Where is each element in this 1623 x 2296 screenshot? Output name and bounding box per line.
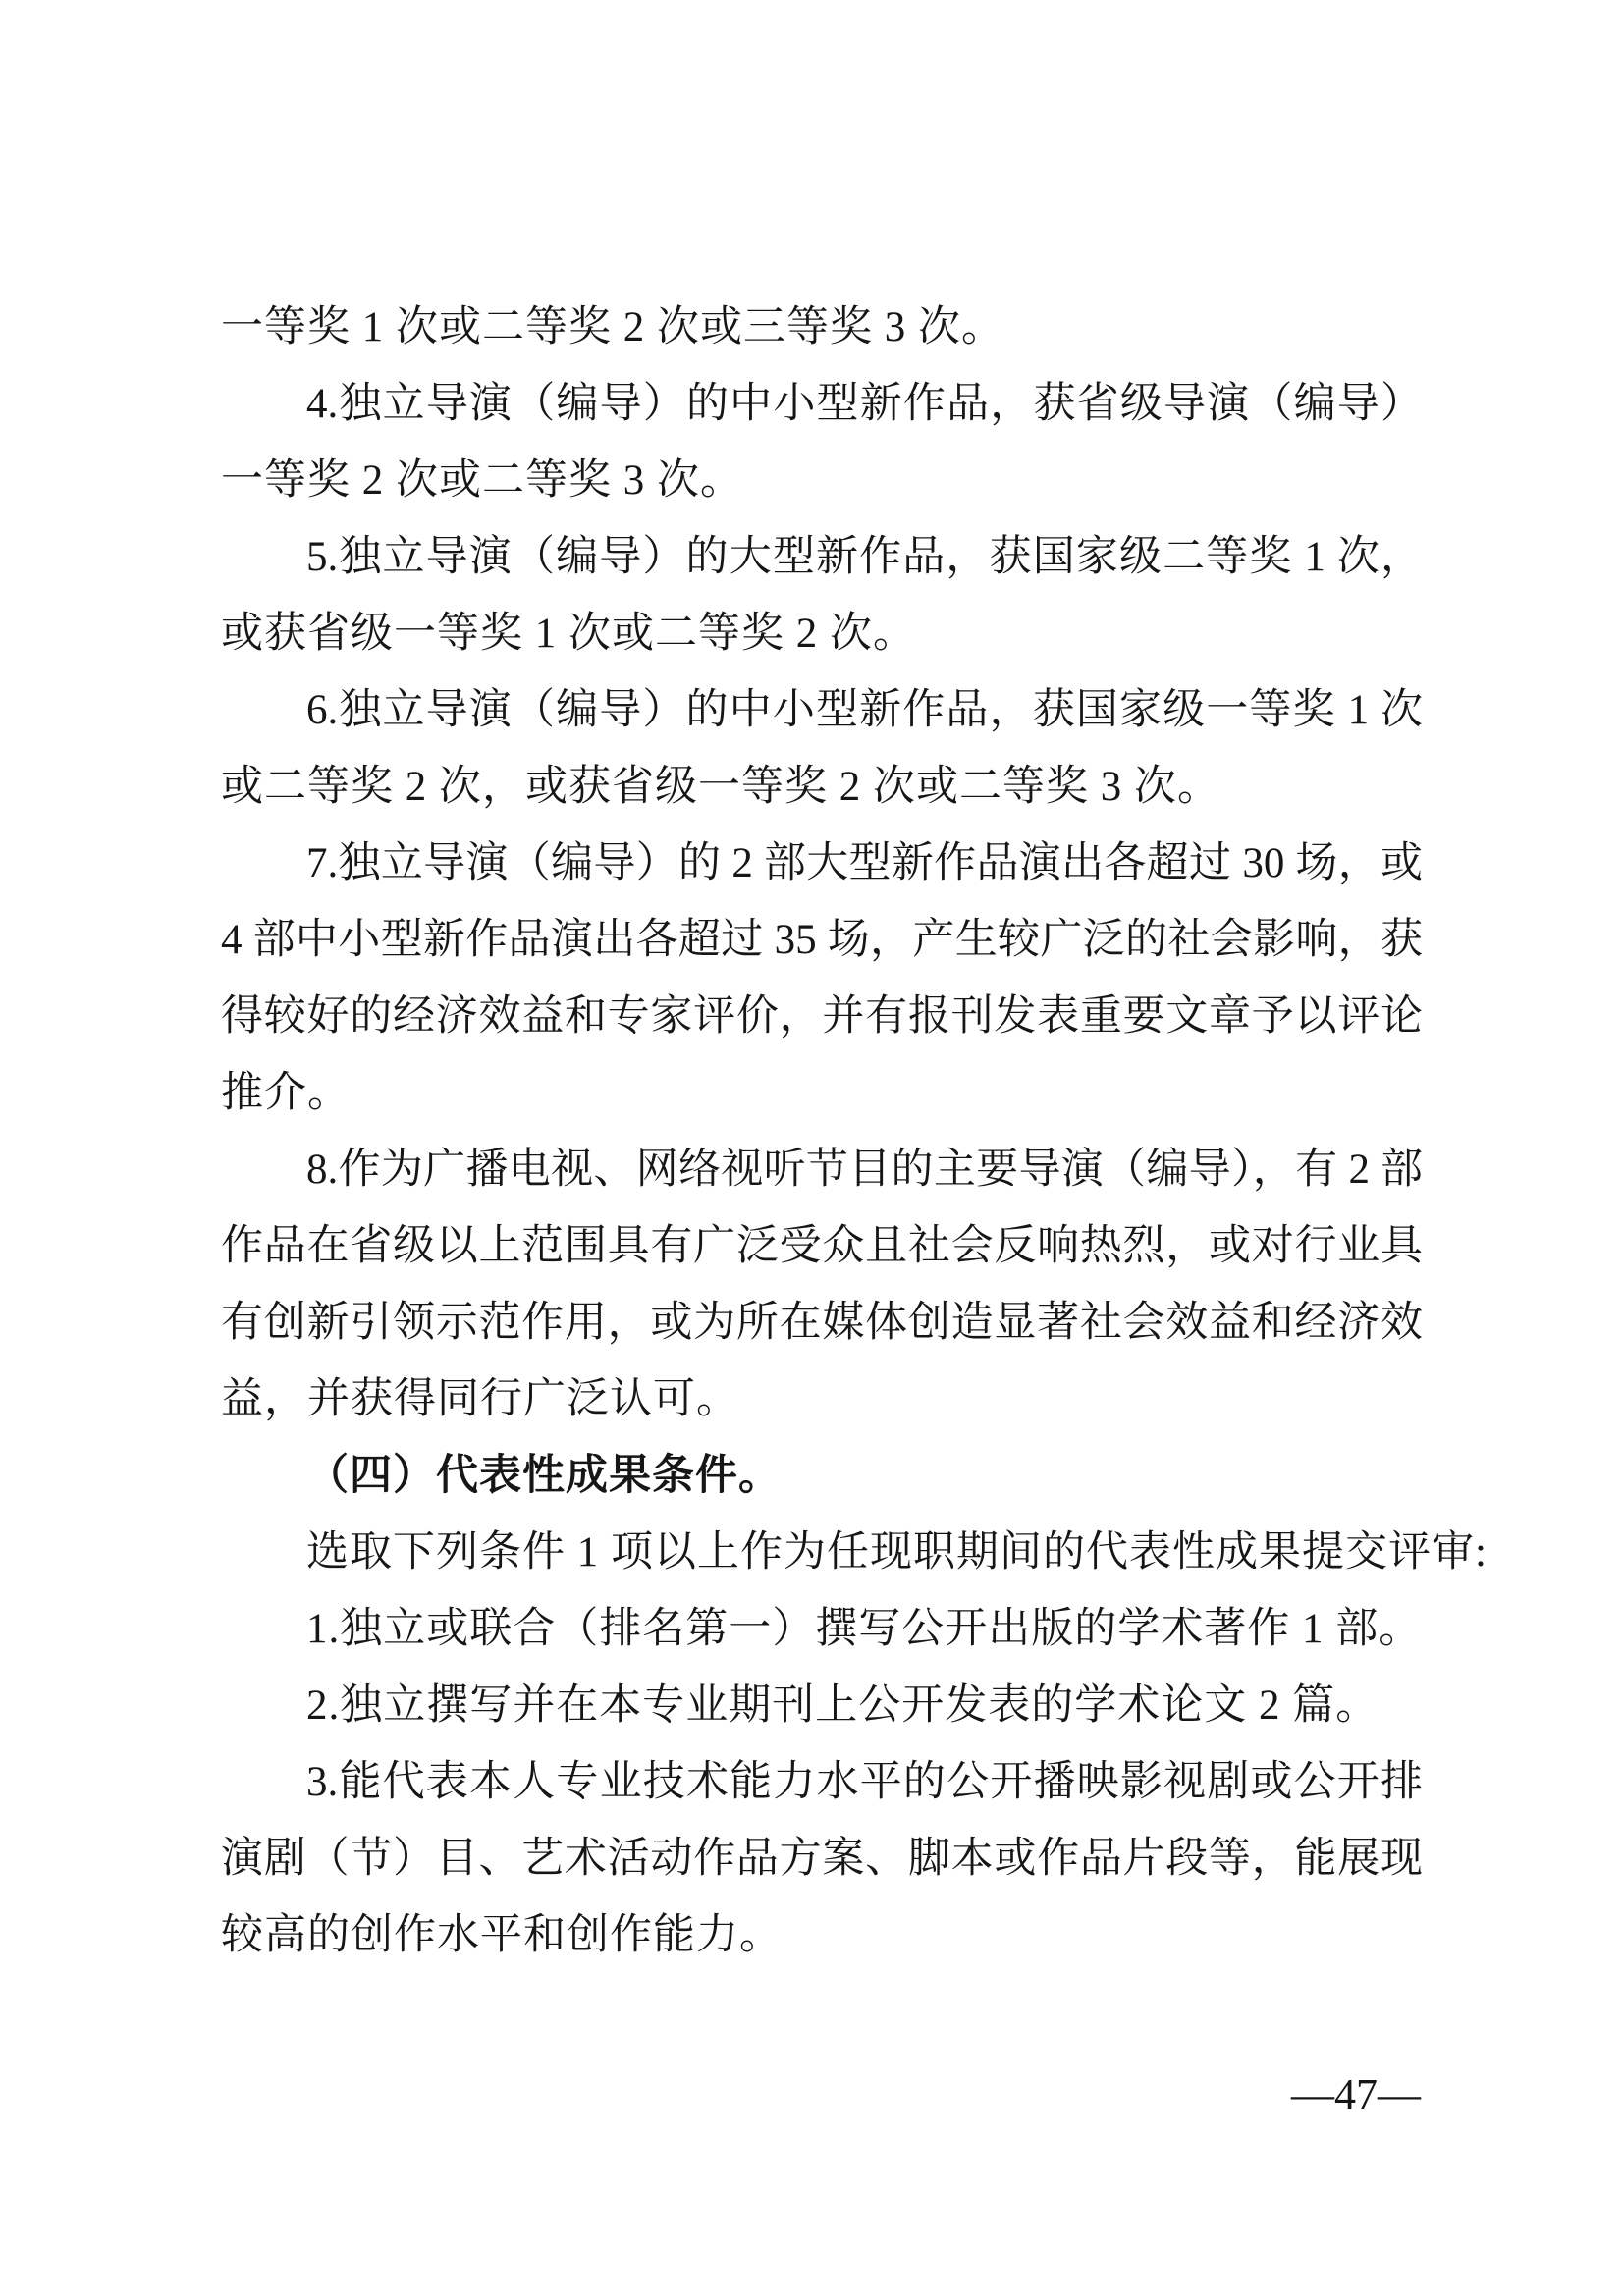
- text-line-12: 8.作为广播电视、网络视听节目的主要导演（编导），有 2 部: [221, 1132, 1423, 1208]
- text-line-18: 1.独立或联合（排名第一）撰写公开出版的学术著作 1 部。: [221, 1591, 1423, 1668]
- text-line-22: 较高的创作水平和创作能力。: [221, 1897, 1423, 1974]
- text-line-15: 益，并获得同行广泛认可。: [221, 1362, 1423, 1438]
- text-line-10: 得较好的经济效益和专家评价，并有报刊发表重要文章予以评论: [221, 979, 1423, 1055]
- text-line-7: 或二等奖 2 次，或获省级一等奖 2 次或二等奖 3 次。: [221, 749, 1423, 826]
- text-line-13: 作品在省级以上范围具有广泛受众且社会反响热烈，或对行业具: [221, 1208, 1423, 1285]
- text-line-5: 或获省级一等奖 1 次或二等奖 2 次。: [221, 596, 1423, 672]
- text-line-9: 4 部中小型新作品演出各超过 35 场，产生较广泛的社会影响，获: [221, 902, 1423, 979]
- text-line-6: 6.独立导演（编导）的中小型新作品，获国家级一等奖 1 次: [221, 672, 1423, 749]
- text-line-8: 7.独立导演（编导）的 2 部大型新作品演出各超过 30 场，或: [221, 826, 1423, 902]
- document-page: 一等奖 1 次或二等奖 2 次或三等奖 3 次。4.独立导演（编导）的中小型新作…: [0, 0, 1623, 2296]
- text-line-11: 推介。: [221, 1055, 1423, 1132]
- text-line-2: 4.独立导演（编导）的中小型新作品，获省级导演（编导）: [221, 366, 1423, 443]
- text-line-17: 选取下列条件 1 项以上作为任现职期间的代表性成果提交评审:: [221, 1515, 1423, 1591]
- text-line-3: 一等奖 2 次或二等奖 3 次。: [221, 443, 1423, 519]
- document-body: 一等奖 1 次或二等奖 2 次或三等奖 3 次。4.独立导演（编导）的中小型新作…: [221, 290, 1423, 1974]
- text-line-4: 5.独立导演（编导）的大型新作品，获国家级二等奖 1 次，: [221, 519, 1423, 596]
- text-line-19: 2.独立撰写并在本专业期刊上公开发表的学术论文 2 篇。: [221, 1668, 1423, 1744]
- text-line-21: 演剧（节）目、艺术活动作品方案、脚本或作品片段等，能展现: [221, 1821, 1423, 1897]
- text-line-20: 3.能代表本人专业技术能力水平的公开播映影视剧或公开排: [221, 1744, 1423, 1821]
- text-line-1: 一等奖 1 次或二等奖 2 次或三等奖 3 次。: [221, 290, 1423, 366]
- text-line-14: 有创新引领示范作用，或为所在媒体创造显著社会效益和经济效: [221, 1285, 1423, 1362]
- page-number: —47—: [1291, 2071, 1421, 2118]
- text-line-16: （四）代表性成果条件。: [221, 1438, 1423, 1515]
